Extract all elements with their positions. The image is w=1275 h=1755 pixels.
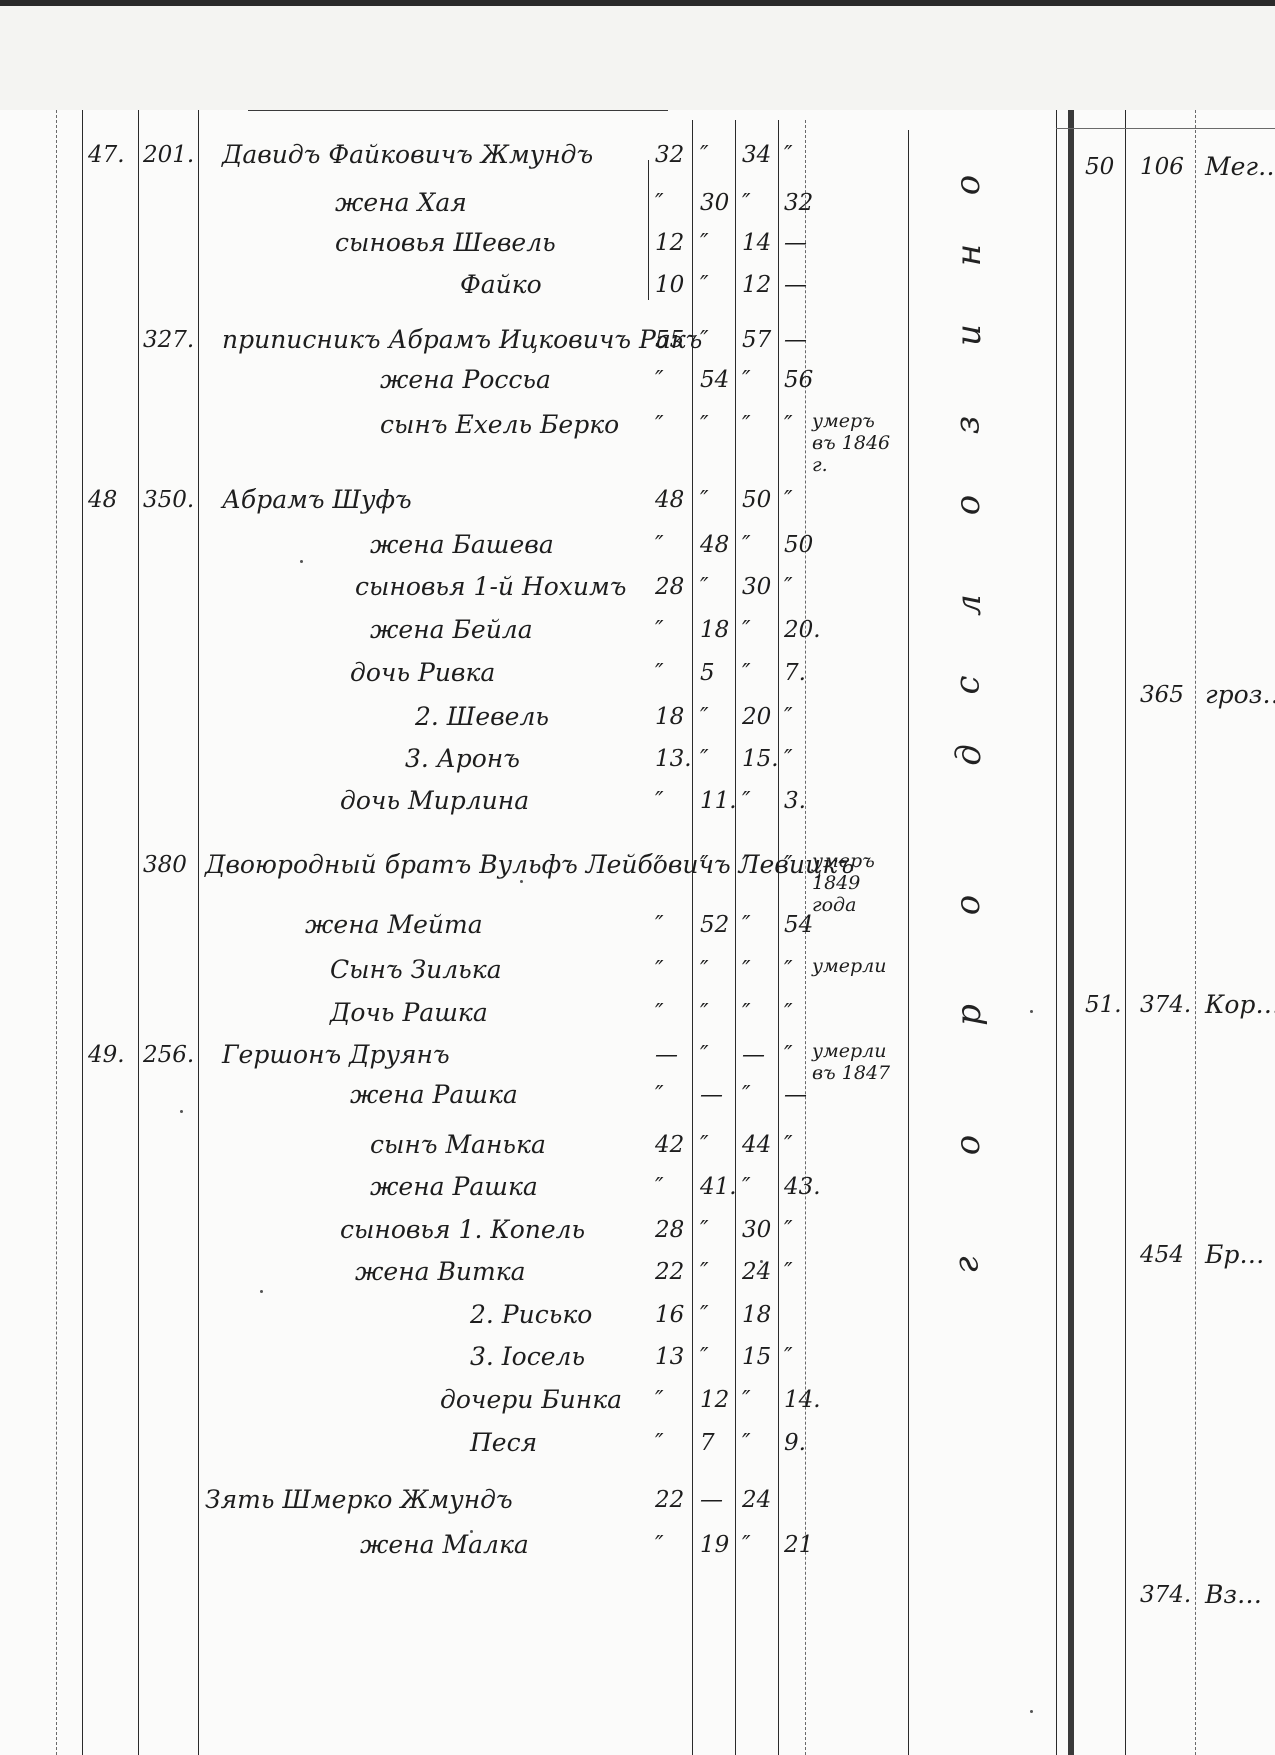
- revision-number: 380: [143, 850, 187, 880]
- person-name: жена Бейла: [370, 615, 533, 645]
- male-age-previous: ″: [655, 998, 664, 1028]
- binding-rule: [1068, 110, 1074, 1755]
- scan-speck: [1030, 1710, 1033, 1713]
- female-age-previous: ″: [700, 1130, 709, 1160]
- female-age-current: ″: [784, 702, 793, 732]
- female-age-previous: ″: [700, 228, 709, 258]
- female-age-current: —: [784, 1080, 807, 1110]
- vertical-letter: н: [954, 244, 984, 266]
- person-name: дочери Бинка: [440, 1385, 622, 1415]
- male-age-previous: 22: [655, 1257, 684, 1287]
- person-name: жена Россьа: [380, 365, 551, 395]
- female-age-current: ″: [784, 485, 793, 515]
- female-age-current: 54: [784, 910, 813, 940]
- person-name: Зять Шмерко Жмундъ: [205, 1485, 513, 1515]
- female-age-previous: 7: [700, 1428, 715, 1458]
- vertical-letter: о: [953, 895, 983, 915]
- female-age-previous: 52: [700, 910, 729, 940]
- column-rule: [735, 120, 736, 1755]
- female-age-previous: ″: [700, 998, 709, 1028]
- female-age-previous: ″: [700, 140, 709, 170]
- person-name: Давидъ Файковичъ Жмундъ: [222, 140, 593, 170]
- female-age-current: ″: [784, 1040, 793, 1070]
- column-rule: [198, 110, 199, 1755]
- right-note: Вз…: [1205, 1580, 1262, 1610]
- male-age-previous: ″: [655, 615, 664, 645]
- vertical-letter: с: [953, 675, 983, 694]
- male-age-previous: 48: [655, 485, 684, 515]
- female-age-previous: 19: [700, 1530, 729, 1560]
- male-age-current: ″: [742, 188, 751, 218]
- male-age-current: ″: [742, 998, 751, 1028]
- male-age-previous: ″: [655, 365, 664, 395]
- male-age-current: 50: [742, 485, 771, 515]
- male-age-current: 15.: [742, 744, 779, 774]
- person-name: дочь Мирлина: [340, 786, 529, 816]
- male-age-current: 44: [742, 1130, 771, 1160]
- column-rule: [1056, 110, 1057, 1755]
- vertical-letter: л: [954, 594, 984, 616]
- male-age-previous: ″: [655, 786, 664, 816]
- male-age-previous: ″: [655, 1530, 664, 1560]
- vertical-letter: о: [953, 175, 983, 195]
- person-name: жена Малка: [360, 1530, 529, 1560]
- female-age-current: ″: [784, 1342, 793, 1372]
- remark-note: умеръ 1849 года: [812, 850, 904, 916]
- scan-speck: [1030, 1010, 1033, 1013]
- female-age-previous: ″: [700, 1040, 709, 1070]
- male-age-current: ″: [742, 786, 751, 816]
- document-page: 47.201.Давидъ Файковичъ Жмундъ32″34″жена…: [0, 110, 1275, 1755]
- remark-note: умеръ въ 1846 г.: [812, 410, 904, 476]
- female-age-previous: ″: [700, 485, 709, 515]
- male-age-previous: 18: [655, 702, 684, 732]
- column-rule: [138, 110, 139, 1755]
- female-age-current: ″: [784, 1130, 793, 1160]
- male-age-previous: ″: [655, 188, 664, 218]
- family-number: 48: [88, 485, 117, 515]
- female-age-current: ″: [784, 998, 793, 1028]
- remark-note: умерли въ 1847: [812, 1040, 904, 1084]
- female-age-current: 9.: [784, 1428, 806, 1458]
- right-family-number: 51.: [1085, 990, 1122, 1020]
- female-age-previous: ″: [700, 410, 709, 440]
- person-name: сынъ Ехель Берко: [380, 410, 619, 440]
- right-note: гроз…: [1205, 680, 1275, 710]
- male-age-current: 18: [742, 1300, 771, 1330]
- vertical-letter: о: [953, 495, 983, 515]
- margin-rule: [56, 110, 57, 1755]
- right-page-number: 374.: [1140, 1580, 1191, 1610]
- male-age-current: ″: [742, 910, 751, 940]
- right-note: Мег…: [1205, 152, 1275, 182]
- scan-speck: [180, 1110, 183, 1113]
- male-age-current: ″: [742, 955, 751, 985]
- person-name: жена Хая: [335, 188, 467, 218]
- male-age-previous: 28: [655, 572, 684, 602]
- person-name: 3. Аронъ: [405, 744, 520, 774]
- male-age-previous: 10: [655, 270, 684, 300]
- female-age-current: 21: [784, 1530, 813, 1560]
- person-name: сыновья 1-й Нохимъ: [355, 572, 626, 602]
- person-name: 3. Іосель: [470, 1342, 585, 1372]
- person-name: 2. Шевель: [415, 702, 549, 732]
- vertical-letter: и: [954, 324, 984, 346]
- female-age-previous: 11.: [700, 786, 737, 816]
- person-name: Абрамъ Шуфъ: [222, 485, 412, 515]
- person-name: Файко: [460, 270, 542, 300]
- male-age-current: ″: [742, 530, 751, 560]
- female-age-previous: 54: [700, 365, 729, 395]
- male-age-current: 30: [742, 572, 771, 602]
- female-age-current: 43.: [784, 1172, 821, 1202]
- female-age-current: —: [784, 325, 807, 355]
- male-age-current: 30: [742, 1215, 771, 1245]
- female-age-previous: ″: [700, 744, 709, 774]
- right-note: Бр…: [1205, 1240, 1264, 1270]
- female-age-current: 14.: [784, 1385, 821, 1415]
- male-age-current: 24: [742, 1257, 771, 1287]
- female-age-current: ″: [784, 1257, 793, 1287]
- person-name: приписникъ Абрамъ Ицковичъ Ракъ: [222, 325, 702, 355]
- male-age-previous: 13: [655, 1342, 684, 1372]
- female-age-previous: ″: [700, 1342, 709, 1372]
- female-age-previous: —: [700, 1080, 723, 1110]
- female-age-previous: 12: [700, 1385, 729, 1415]
- male-age-current: ″: [742, 1428, 751, 1458]
- female-age-previous: ″: [700, 955, 709, 985]
- scan-speck: [300, 560, 303, 563]
- right-note: Кор…: [1205, 990, 1275, 1020]
- male-age-previous: ″: [655, 1172, 664, 1202]
- person-name: жена Рашка: [350, 1080, 518, 1110]
- person-name: жена Рашка: [370, 1172, 538, 1202]
- column-rule: [1125, 110, 1126, 1755]
- male-age-previous: —: [655, 1040, 678, 1070]
- revision-number: 256.: [143, 1040, 194, 1070]
- column-rule: [648, 160, 649, 300]
- female-age-current: ″: [784, 1215, 793, 1245]
- person-name: жена Башева: [370, 530, 554, 560]
- male-age-current: —: [742, 1040, 765, 1070]
- column-rule: [908, 130, 909, 1755]
- male-age-previous: 13.: [655, 744, 692, 774]
- top-rule: [248, 110, 668, 111]
- female-age-previous: ″: [700, 1300, 709, 1330]
- male-age-previous: 42: [655, 1130, 684, 1160]
- female-age-previous: 41.: [700, 1172, 737, 1202]
- male-age-previous: ″: [655, 1080, 664, 1110]
- column-rule: [82, 110, 83, 1755]
- female-age-previous: ″: [700, 850, 709, 880]
- remark-note: умерли: [812, 955, 904, 977]
- female-age-current: ″: [784, 410, 793, 440]
- person-name: сынъ Манька: [370, 1130, 546, 1160]
- female-age-previous: ″: [700, 270, 709, 300]
- male-age-previous: ″: [655, 850, 664, 880]
- family-number: 49.: [88, 1040, 125, 1070]
- scan-speck: [760, 1260, 763, 1263]
- person-name: Песя: [470, 1428, 537, 1458]
- male-age-previous: 22: [655, 1485, 684, 1515]
- male-age-current: 34: [742, 140, 771, 170]
- vertical-letter: д: [954, 744, 984, 766]
- vertical-letter: р: [954, 1004, 984, 1026]
- male-age-previous: ″: [655, 955, 664, 985]
- female-age-current: ″: [784, 850, 793, 880]
- right-page-number: 454: [1140, 1240, 1184, 1270]
- male-age-current: 12: [742, 270, 771, 300]
- female-age-current: —: [784, 270, 807, 300]
- female-age-previous: ″: [700, 1257, 709, 1287]
- male-age-current: ″: [742, 615, 751, 645]
- person-name: Гершонъ Друянъ: [222, 1040, 450, 1070]
- male-age-previous: ″: [655, 1385, 664, 1415]
- male-age-current: 14: [742, 228, 771, 258]
- female-age-previous: 30: [700, 188, 729, 218]
- revision-number: 327.: [143, 325, 194, 355]
- family-number: 47.: [88, 140, 125, 170]
- top-rule: [1056, 128, 1275, 129]
- person-name: 2. Рисько: [470, 1300, 592, 1330]
- scan-edge: [0, 0, 1275, 6]
- female-age-current: 50: [784, 530, 813, 560]
- person-name: жена Мейта: [305, 910, 483, 940]
- male-age-current: ″: [742, 365, 751, 395]
- column-rule: [1195, 110, 1196, 1755]
- male-age-previous: ″: [655, 410, 664, 440]
- male-age-current: ″: [742, 1385, 751, 1415]
- female-age-current: ″: [784, 744, 793, 774]
- revision-number: 350.: [143, 485, 194, 515]
- male-age-previous: ″: [655, 530, 664, 560]
- right-page-number: 106: [1140, 152, 1184, 182]
- person-name: сыновья 1. Копель: [340, 1215, 585, 1245]
- male-age-current: ″: [742, 1080, 751, 1110]
- female-age-previous: —: [700, 1485, 723, 1515]
- person-name: Сынъ Зилька: [330, 955, 502, 985]
- person-name: жена Витка: [355, 1257, 526, 1287]
- right-page-number: 365: [1140, 680, 1184, 710]
- female-age-current: 32: [784, 188, 813, 218]
- female-age-current: 56: [784, 365, 813, 395]
- vertical-letter: о: [953, 1135, 983, 1155]
- column-rule: [692, 120, 693, 1755]
- female-age-current: 3.: [784, 786, 806, 816]
- male-age-current: 20: [742, 702, 771, 732]
- male-age-current: ″: [742, 1530, 751, 1560]
- person-name: Двоюродный братъ Вульфъ Лейбовичъ Левицк…: [205, 850, 854, 880]
- male-age-previous: 12: [655, 228, 684, 258]
- male-age-previous: 55: [655, 325, 684, 355]
- male-age-current: ″: [742, 410, 751, 440]
- male-age-previous: 32: [655, 140, 684, 170]
- female-age-current: 7.: [784, 658, 806, 688]
- person-name: сыновья Шевель: [335, 228, 556, 258]
- female-age-previous: ″: [700, 1215, 709, 1245]
- female-age-previous: ″: [700, 325, 709, 355]
- revision-number: 201.: [143, 140, 194, 170]
- right-page-number: 374.: [1140, 990, 1191, 1020]
- male-age-current: 57: [742, 325, 771, 355]
- person-name: дочь Ривка: [350, 658, 495, 688]
- male-age-previous: ″: [655, 658, 664, 688]
- vertical-letter: г: [952, 1256, 982, 1273]
- male-age-current: ″: [742, 658, 751, 688]
- female-age-previous: 5: [700, 658, 715, 688]
- female-age-current: ″: [784, 140, 793, 170]
- female-age-current: —: [784, 228, 807, 258]
- female-age-current: ″: [784, 955, 793, 985]
- male-age-previous: 28: [655, 1215, 684, 1245]
- female-age-current: ″: [784, 572, 793, 602]
- female-age-previous: 18: [700, 615, 729, 645]
- scan-speck: [260, 1290, 263, 1293]
- female-age-previous: ″: [700, 572, 709, 602]
- male-age-current: 24: [742, 1485, 771, 1515]
- person-name: Дочь Рашка: [330, 998, 488, 1028]
- female-age-current: 20.: [784, 615, 821, 645]
- scan-speck: [470, 1530, 473, 1533]
- male-age-previous: 16: [655, 1300, 684, 1330]
- female-age-previous: ″: [700, 702, 709, 732]
- vertical-letter: з: [952, 416, 982, 435]
- female-age-previous: 48: [700, 530, 729, 560]
- right-family-number: 50: [1085, 152, 1114, 182]
- column-rule: [778, 120, 779, 1755]
- male-age-current: ″: [742, 1172, 751, 1202]
- male-age-previous: ″: [655, 1428, 664, 1458]
- scan-speck: [520, 880, 523, 883]
- male-age-current: 15: [742, 1342, 771, 1372]
- male-age-previous: ″: [655, 910, 664, 940]
- male-age-current: ″: [742, 850, 751, 880]
